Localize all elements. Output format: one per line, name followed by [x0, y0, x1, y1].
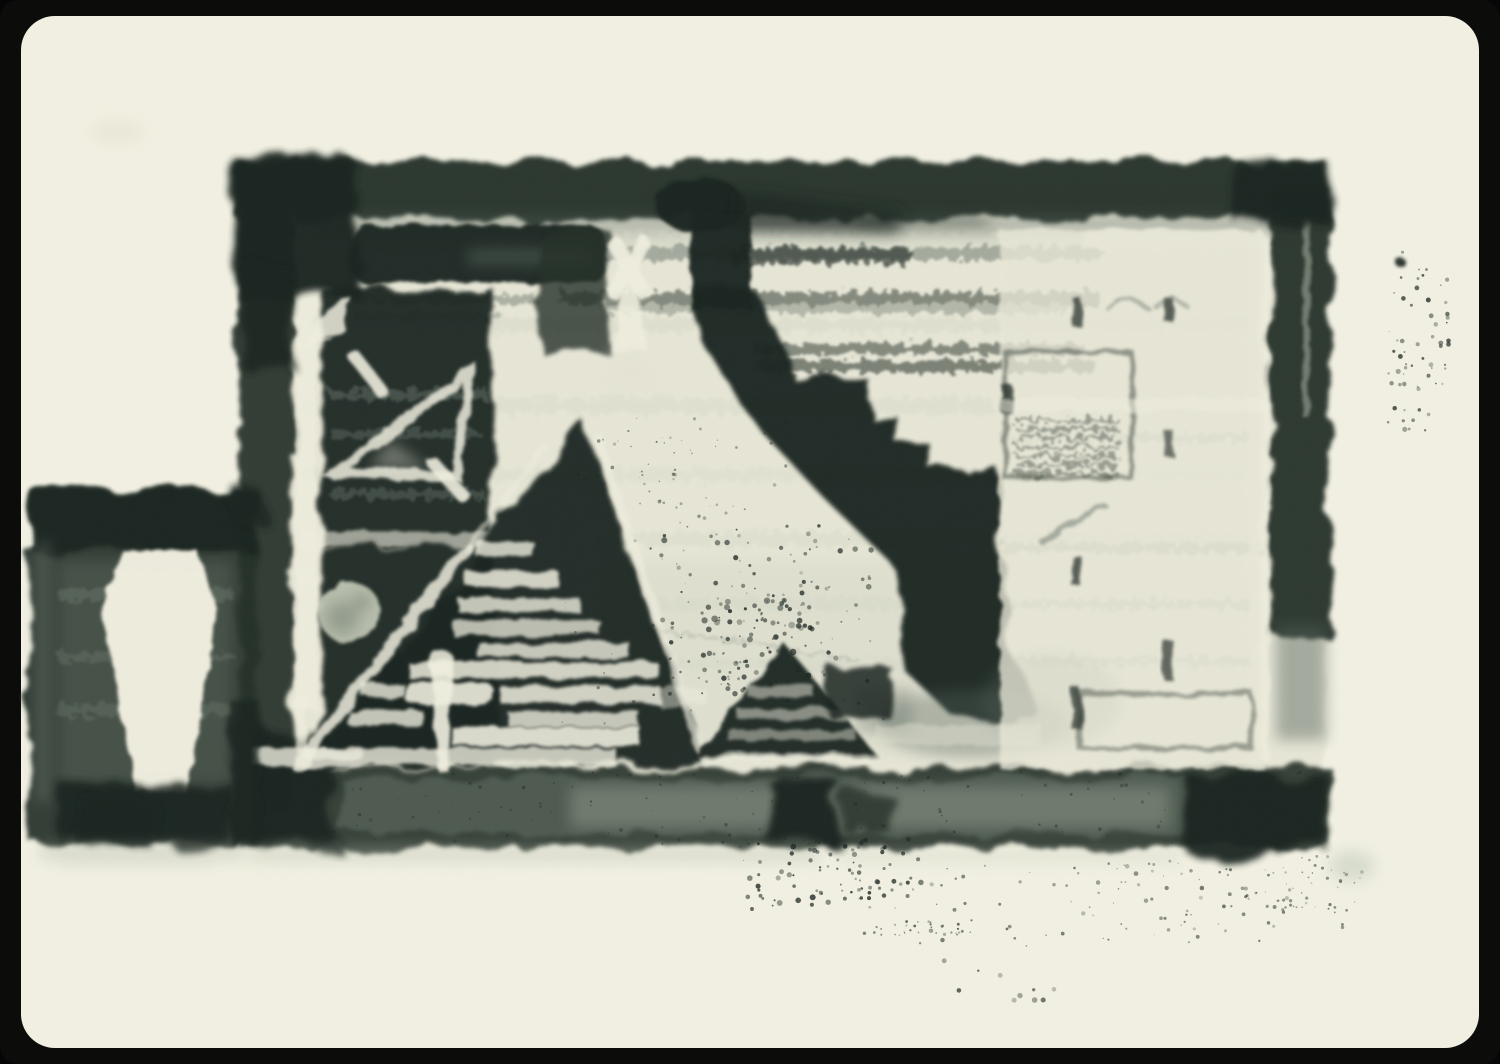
- paper-grain-overlay: [21, 16, 1479, 1048]
- scanned-artwork: [0, 0, 1500, 1064]
- artwork-canvas: [0, 0, 1500, 1064]
